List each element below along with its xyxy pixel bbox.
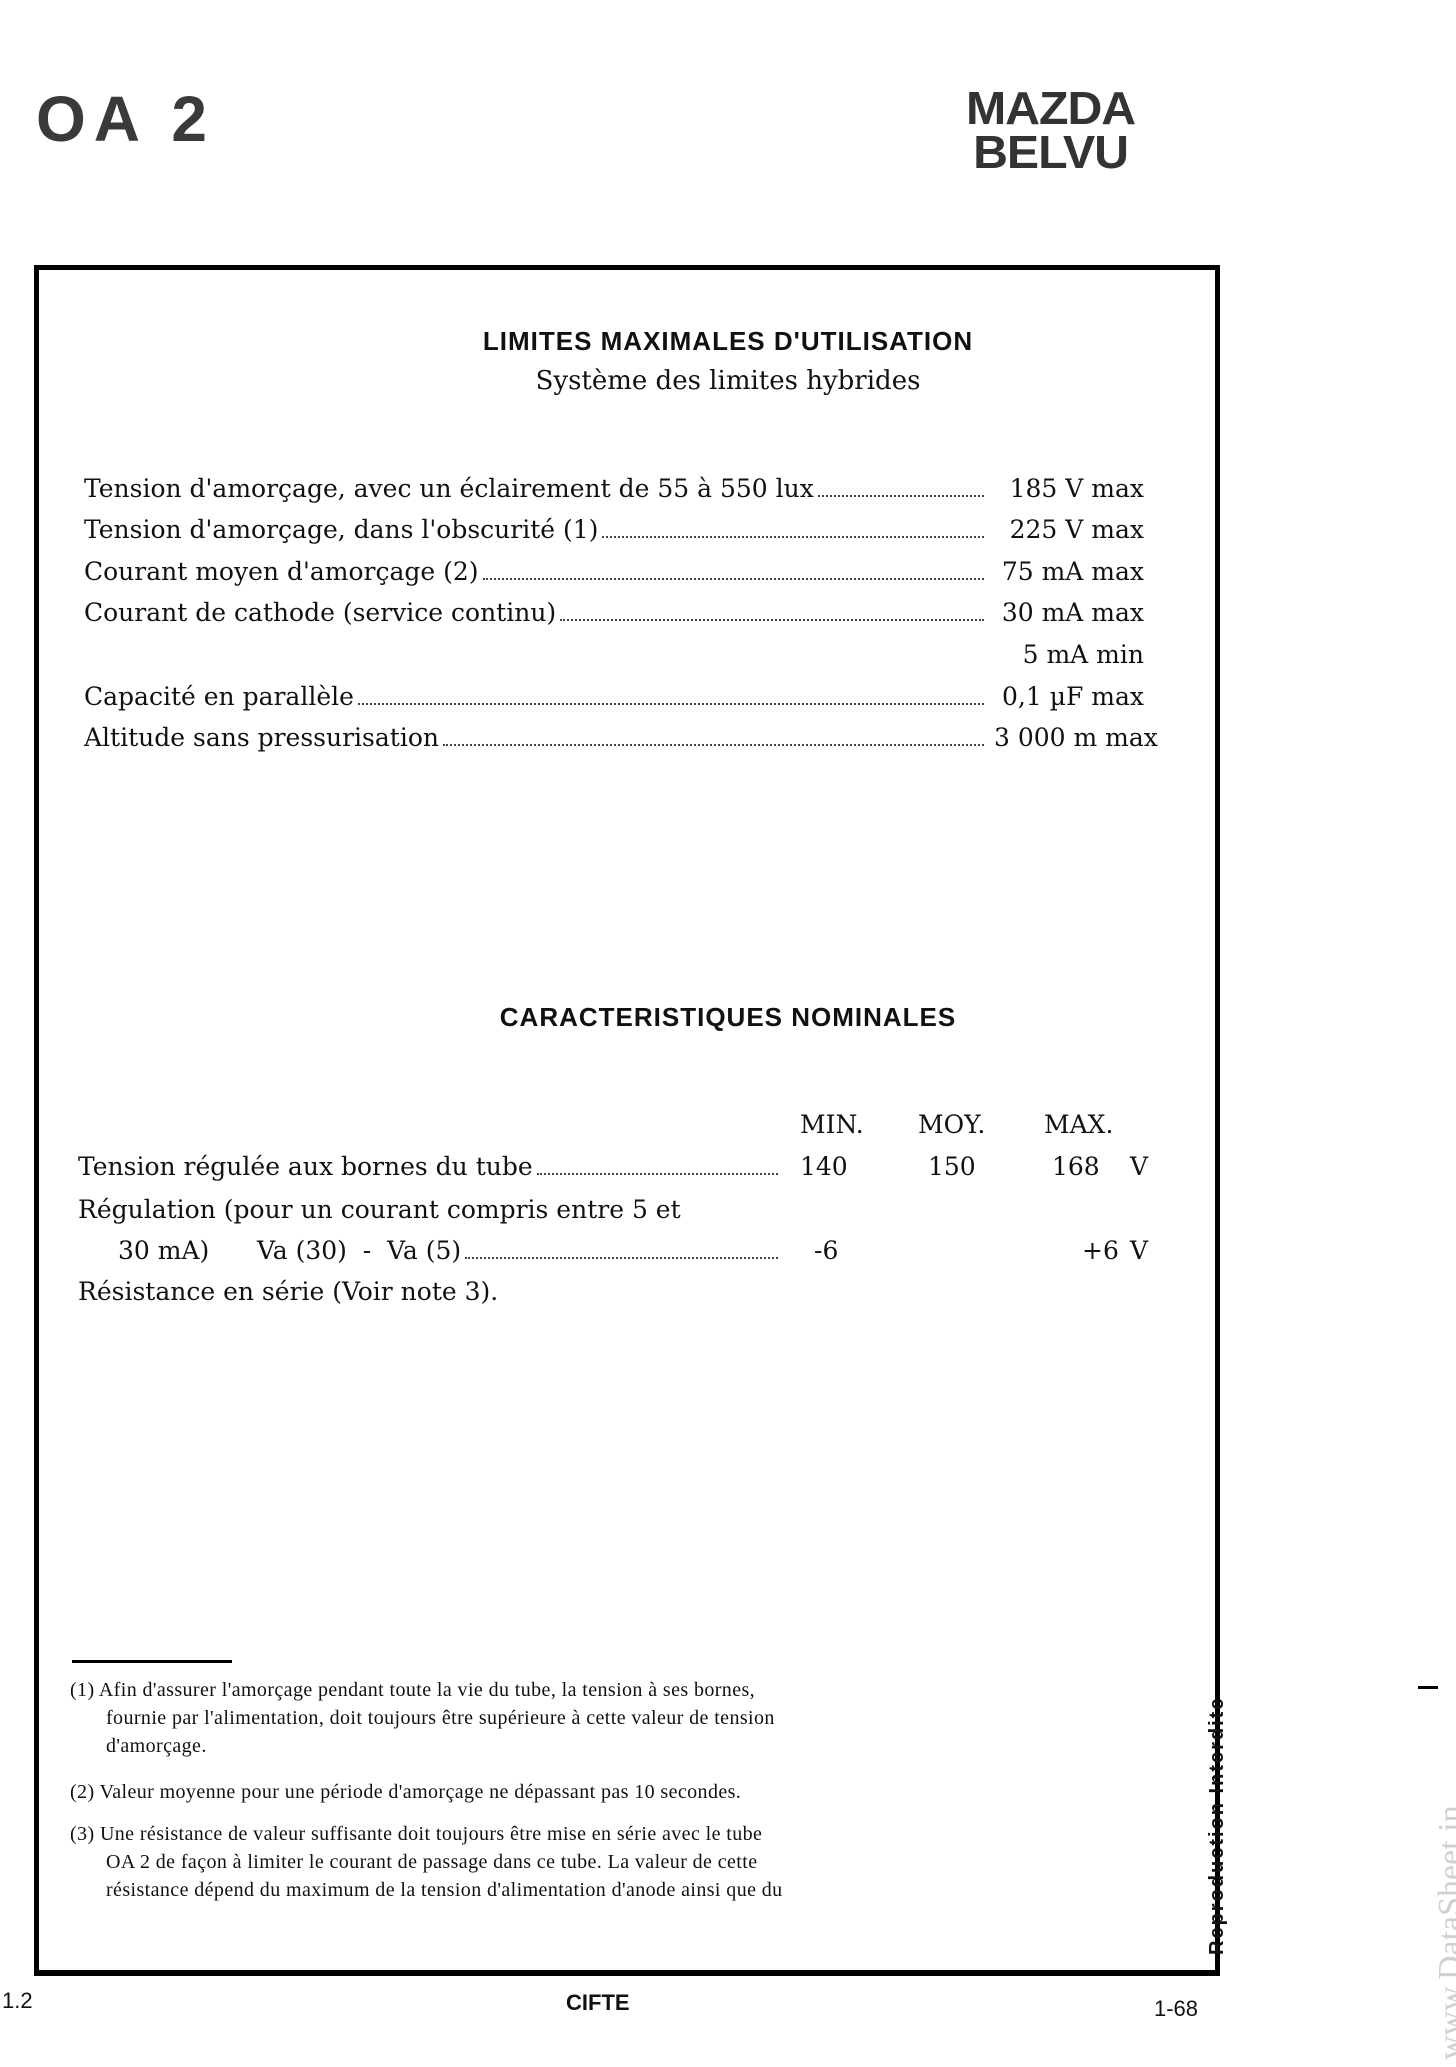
- value-unit: V: [1130, 1152, 1148, 1181]
- limits-subtitle: Système des limites hybrides: [0, 366, 1456, 396]
- limit-row: Tension d'amorçage, avec un éclairement …: [84, 474, 1144, 503]
- limit-row: Altitude sans pressurisation3 000 m max: [84, 723, 1144, 752]
- limit-row: Capacité en parallèle0,1 µF max: [84, 682, 1144, 711]
- limits-title: LIMITES MAXIMALES D'UTILISATION: [0, 326, 1456, 357]
- limit-row: Courant de cathode (service continu)30 m…: [84, 598, 1144, 627]
- limit-row: 5 mA min: [84, 640, 1144, 669]
- page-number-right: 1-68: [1154, 1996, 1198, 2022]
- brand-logo: MAZDA BELVU: [966, 86, 1135, 174]
- reproduction-notice: Reproduction Interdite: [1206, 1697, 1229, 1955]
- nominal-row-label: Résistance en série (Voir note 3).: [78, 1277, 498, 1306]
- part-number: OA 2: [36, 82, 215, 156]
- value-moy: 150: [928, 1152, 976, 1181]
- page-number-left: 1.2: [2, 1988, 33, 2014]
- brand-line-1: MAZDA: [966, 86, 1135, 130]
- footnote-3: (3) Une résistance de valeur suffisante …: [70, 1820, 1150, 1904]
- value-max: 168: [1052, 1152, 1100, 1181]
- margin-mark: [1418, 1686, 1438, 1689]
- footnote-1: (1) Afin d'assurer l'amorçage pendant to…: [70, 1676, 1150, 1760]
- brand-line-2: BELVU: [966, 130, 1135, 174]
- col-header-moy: MOY.: [918, 1110, 985, 1139]
- limit-row: Courant moyen d'amorçage (2)75 mA max: [84, 557, 1144, 586]
- col-header-max: MAX.: [1044, 1110, 1113, 1139]
- nominal-title: CARACTERISTIQUES NOMINALES: [0, 1002, 1456, 1033]
- nominal-row: Tension régulée aux bornes du tube: [78, 1152, 778, 1181]
- watermark: www.DataSheet.in: [1432, 1805, 1456, 2060]
- value-min: 140: [800, 1152, 848, 1181]
- footnote-rule: [72, 1660, 232, 1663]
- nominal-row-label: Régulation (pour un courant compris entr…: [78, 1195, 681, 1224]
- value-max: +6: [1082, 1236, 1119, 1265]
- value-unit: V: [1130, 1236, 1148, 1265]
- col-header-min: MIN.: [800, 1110, 864, 1139]
- value-min: -6: [814, 1236, 838, 1265]
- footnote-2: (2) Valeur moyenne pour une période d'am…: [70, 1778, 1150, 1806]
- nominal-row: 30 mA) Va (30) - Va (5): [118, 1236, 778, 1265]
- limit-row: Tension d'amorçage, dans l'obscurité (1)…: [84, 515, 1144, 544]
- publisher: CIFTE: [566, 1990, 630, 2016]
